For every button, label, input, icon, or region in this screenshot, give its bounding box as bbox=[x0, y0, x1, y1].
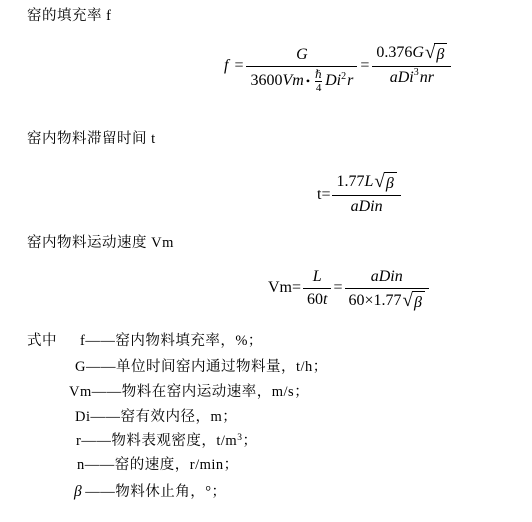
legend-text-tail: ； bbox=[242, 433, 257, 449]
fraction: 1.77L √ β aDin bbox=[332, 167, 400, 223]
formula-vm-lhs: Vm= bbox=[268, 279, 301, 297]
legend-item-r: r——物料表观密度，t/m3； bbox=[76, 429, 257, 450]
legend-text: ——单位时间窑内通过物料量，t/h； bbox=[86, 359, 328, 375]
legend-symbol: G bbox=[75, 359, 86, 375]
den-di-exponent: 2 bbox=[341, 71, 346, 82]
legend-item-di: Di——窑有效内径，m； bbox=[75, 405, 237, 426]
fraction-lt: L 60t bbox=[303, 260, 331, 316]
denominator: aDin bbox=[351, 198, 383, 216]
legend-symbol: Di bbox=[75, 409, 91, 425]
legend-text: ——窑有效内径，m； bbox=[91, 409, 238, 425]
radical-body: β bbox=[384, 172, 397, 193]
den2-coeff: 60×1.77 bbox=[349, 292, 402, 310]
formula-filling-rate: f = G 3600Vm • ℏ 4 Di2r = bbox=[221, 28, 451, 104]
den-r: r bbox=[347, 72, 353, 90]
numerator-l: L bbox=[313, 268, 322, 286]
legend-item-beta: β——物料休止角，°； bbox=[74, 480, 227, 501]
equals-sign: = bbox=[234, 57, 243, 75]
den-vm: Vm bbox=[282, 72, 303, 90]
radical: √ β bbox=[403, 291, 425, 312]
legend-symbol: Vm bbox=[69, 384, 92, 400]
den1-coeff: 60 bbox=[307, 291, 323, 309]
num-coeff: 1.77 bbox=[336, 173, 364, 191]
legend-text: ——物料表观密度，t/m bbox=[81, 433, 237, 449]
document-page: 窑的填充率 f 窑内物料滞留时间 t 窑内物料运动速度 Vm f = G 360… bbox=[0, 0, 532, 522]
numerator-adin: aDin bbox=[371, 268, 403, 286]
legend-symbol: n bbox=[77, 457, 85, 473]
fraction-main: G 3600Vm • ℏ 4 Di2r bbox=[246, 28, 357, 104]
radical: √ β bbox=[425, 43, 447, 64]
formula-t-lhs: t= bbox=[317, 186, 330, 204]
num2-g: G bbox=[412, 44, 424, 62]
inner-numerator: ℏ bbox=[315, 69, 322, 81]
legend-item-vm: Vm——物料在窑内运动速率，m/s； bbox=[69, 380, 309, 401]
fraction-result: 0.376G √ β aDi3nr bbox=[372, 28, 451, 104]
equals-sign: = bbox=[333, 279, 342, 297]
radical: √ β bbox=[374, 172, 396, 193]
legend-item-g: G——单位时间窑内通过物料量，t/h； bbox=[75, 355, 328, 376]
den2-adi: aDi bbox=[390, 69, 414, 87]
equals-sign: = bbox=[360, 57, 369, 75]
heading-filling-rate: 窑的填充率 f bbox=[27, 4, 111, 25]
heading-velocity: 窑内物料运动速度 Vm bbox=[27, 231, 174, 252]
fraction-result: aDin 60×1.77 √ β bbox=[345, 260, 429, 316]
num-l: L bbox=[364, 173, 373, 191]
legend-text: ——窑的速度，r/min； bbox=[85, 457, 239, 473]
bullet-operator: • bbox=[306, 74, 310, 89]
legend-intro: 式中 bbox=[27, 329, 57, 350]
den2-nr: nr bbox=[420, 69, 434, 87]
legend-superscript: 3 bbox=[237, 433, 242, 443]
legend-text: ——物料休止角，°； bbox=[85, 484, 226, 500]
radical-body: β bbox=[412, 291, 425, 312]
fraction-numerator: G bbox=[296, 46, 308, 64]
legend-text: ——窑内物料填充率，%； bbox=[85, 333, 263, 349]
den1-t: t bbox=[323, 291, 327, 309]
formula-f-lhs: f bbox=[224, 57, 228, 75]
num2-coeff: 0.376 bbox=[376, 44, 412, 62]
radical-body: β bbox=[434, 43, 447, 64]
legend-item-f: f——窑内物料填充率，%； bbox=[80, 329, 263, 350]
inner-fraction: ℏ 4 bbox=[315, 69, 322, 94]
den2-exponent: 3 bbox=[414, 67, 419, 78]
legend-item-n: n——窑的速度，r/min； bbox=[77, 453, 239, 474]
heading-retention-time: 窑内物料滞留时间 t bbox=[27, 127, 156, 148]
formula-retention-time: t= 1.77L √ β aDin bbox=[315, 167, 401, 223]
legend-text: ——物料在窑内运动速率，m/s； bbox=[92, 384, 309, 400]
inner-denominator: 4 bbox=[316, 82, 322, 94]
den-coeff: 3600 bbox=[250, 72, 282, 90]
formula-velocity: Vm= L 60t = aDin 60×1.77 √ β bbox=[266, 260, 429, 316]
den-di: Di bbox=[325, 72, 341, 90]
legend-symbol-beta: β bbox=[74, 483, 82, 500]
